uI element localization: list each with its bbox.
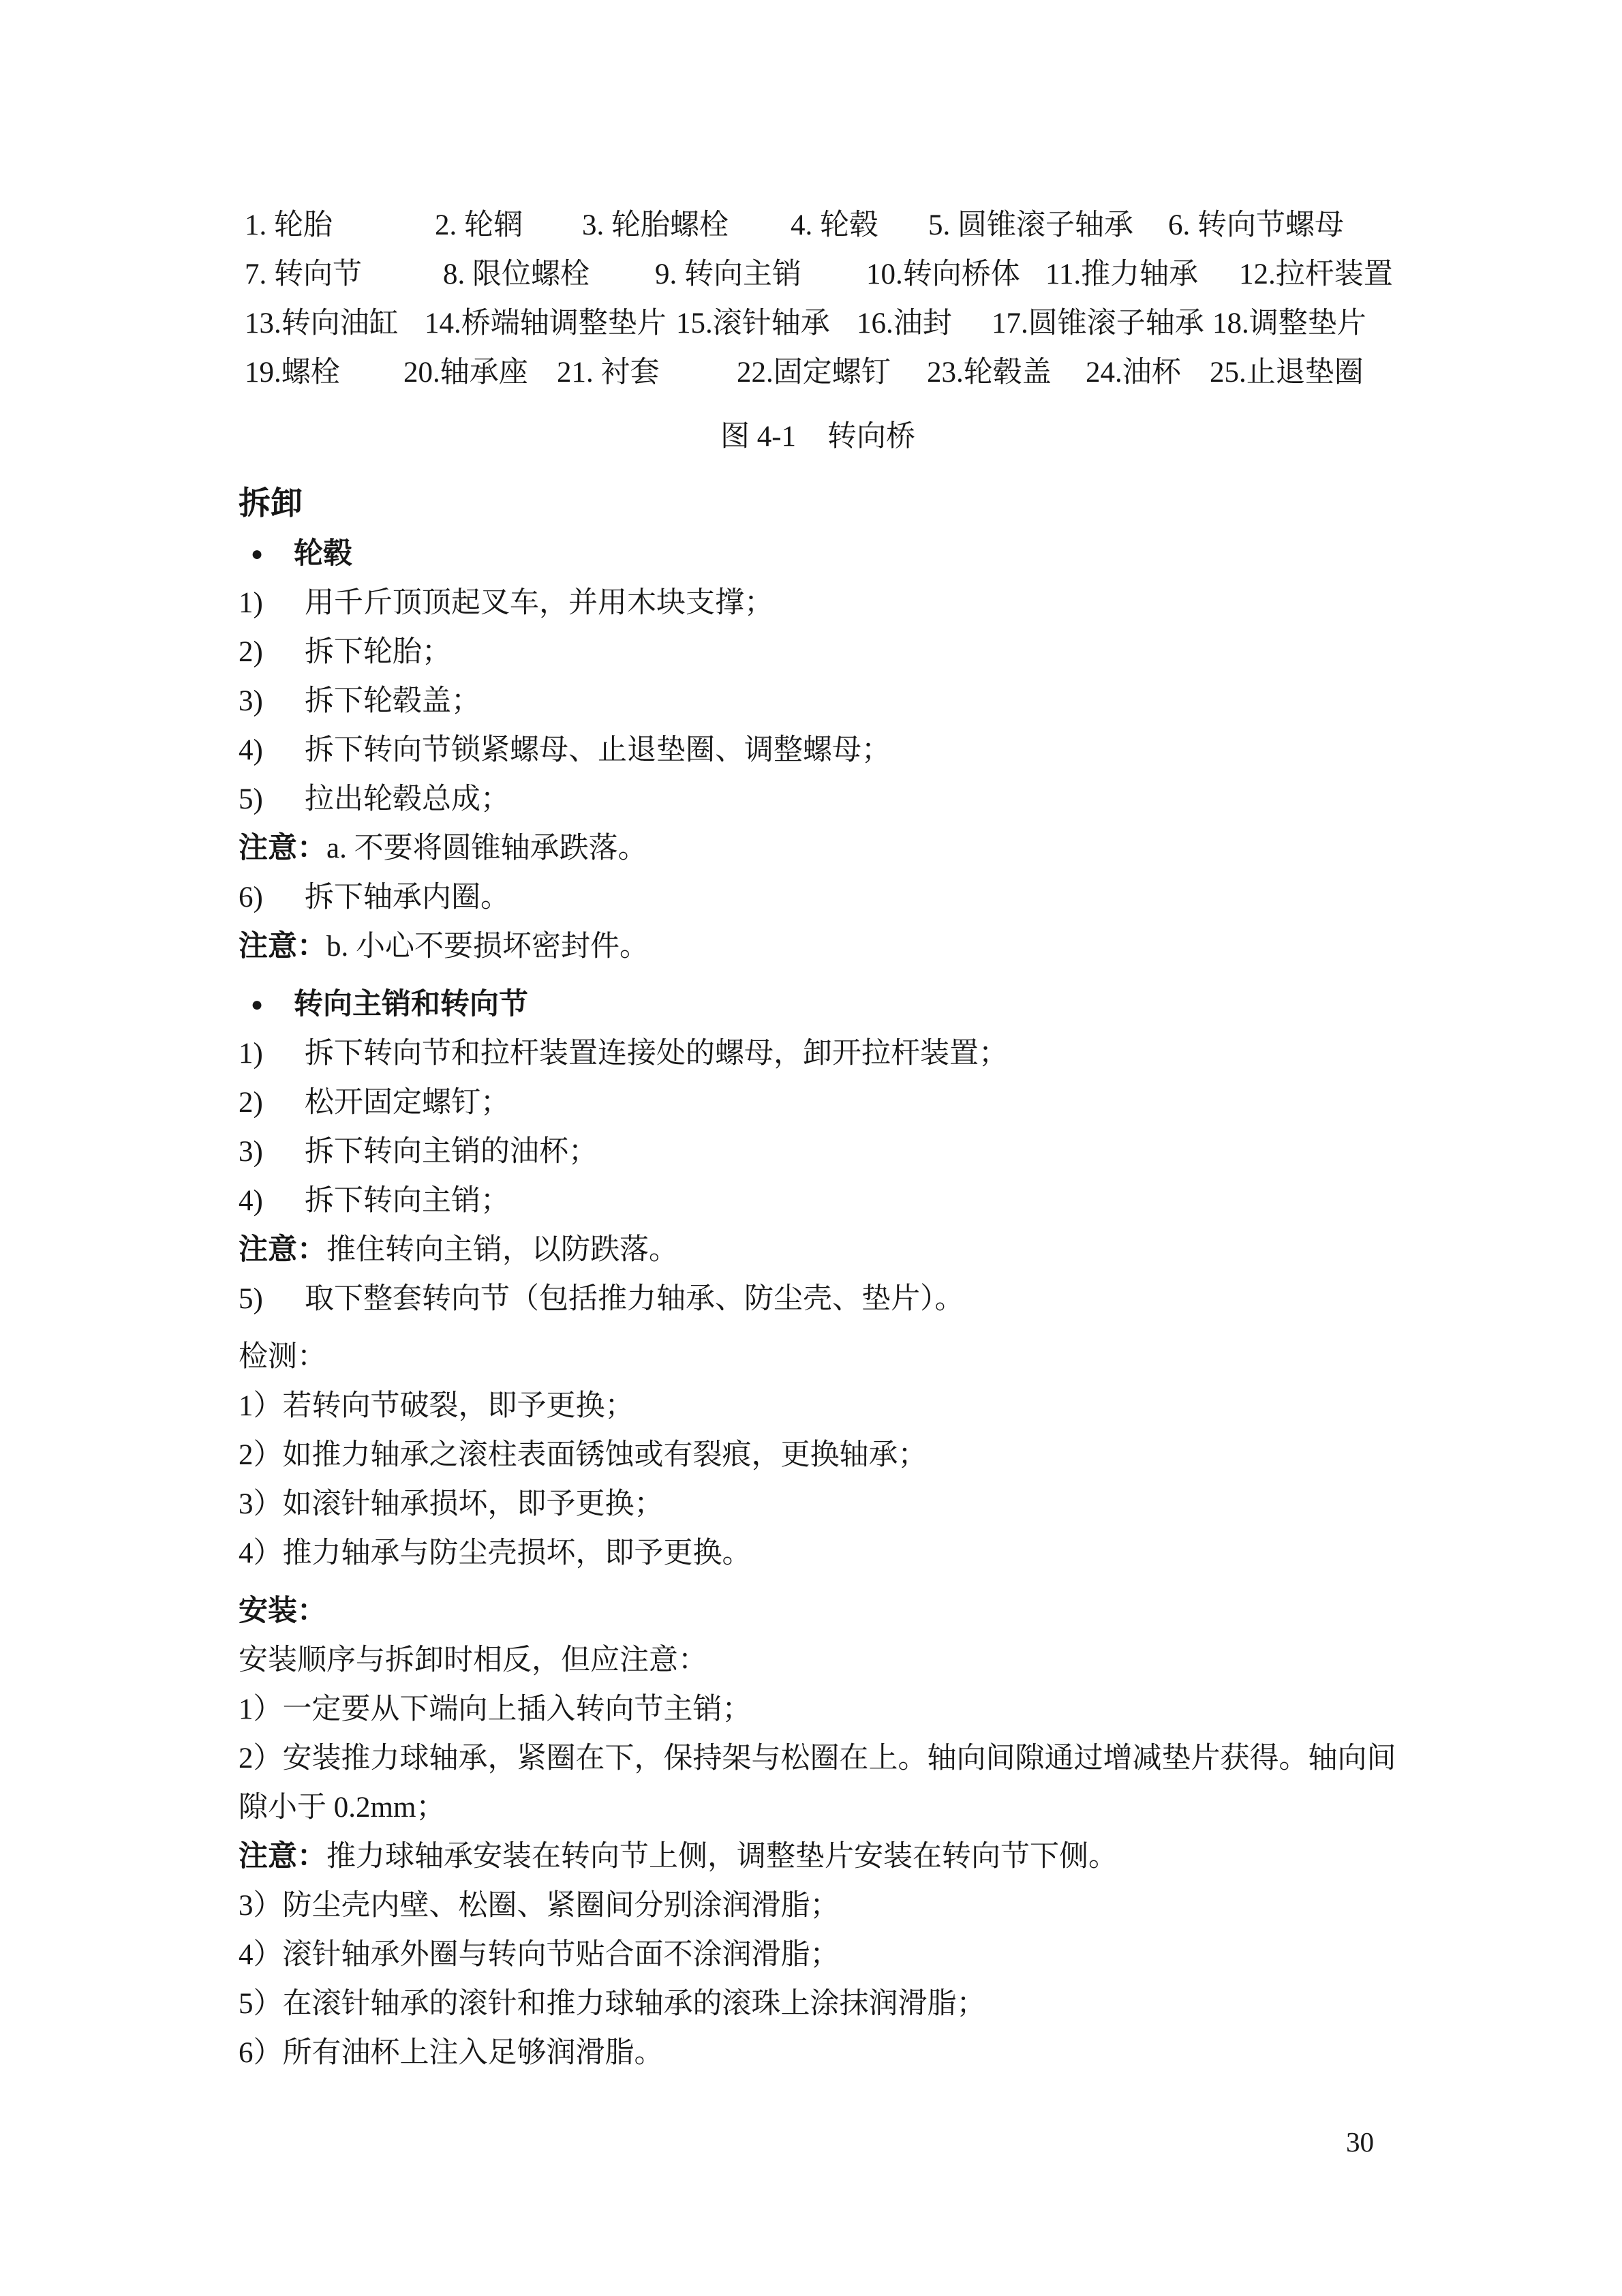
note-text: b. 小心不要损坏密封件。 xyxy=(326,931,649,963)
text-line: 1）一定要从下端向上插入转向节主销； xyxy=(239,1685,1397,1734)
parts-list-line: 7. 转向节8. 限位螺栓9. 转向主销10.转向桥体11.推力轴承12.拉杆装… xyxy=(239,250,1397,299)
parts-list-item: 18.调整垫片 xyxy=(1212,299,1366,348)
parts-list-item: 6. 转向节螺母 xyxy=(1168,201,1344,250)
step-number: 6) xyxy=(239,873,305,922)
parts-list-item: 5. 圆锥滚子轴承 xyxy=(928,201,1133,250)
document-page: 1. 轮胎2. 轮辋3. 轮胎螺栓4. 轮毂5. 圆锥滚子轴承6. 转向节螺母7… xyxy=(0,0,1622,2296)
step-text: 松开固定螺钉； xyxy=(305,1087,510,1119)
text-line: 4）滚针轴承外圈与转向节贴合面不涂润滑脂； xyxy=(239,1931,1397,1980)
parts-list-line: 19.螺栓20.轴承座21. 衬套22.固定螺钉23.轮毂盖24.油杯25.止退… xyxy=(239,348,1397,397)
numbered-step: 3)拆下转向主销的油杯； xyxy=(239,1128,1397,1177)
note-line: 注意：a. 不要将圆锥轴承跌落。 xyxy=(239,824,1397,873)
text-line: 1）若转向节破裂，即予更换； xyxy=(239,1382,1397,1431)
parts-list-item: 9. 转向主销 xyxy=(655,250,801,299)
parts-list-item: 2. 轮辋 xyxy=(435,201,523,250)
step-number: 1) xyxy=(239,1029,305,1078)
text-line: 5）在滚针轴承的滚针和推力球轴承的滚珠上涂抹润滑脂； xyxy=(239,1980,1397,2029)
parts-list-item: 25.止退垫圈 xyxy=(1210,348,1364,397)
step-text: 拆下轮胎； xyxy=(305,636,451,668)
step-text: 拆下转向主销的油杯； xyxy=(305,1136,598,1168)
section-heading-disassembly: 拆卸 xyxy=(239,478,1397,530)
bullet-icon: ● xyxy=(239,980,294,1029)
numbered-step: 1)拆下转向节和拉杆装置连接处的螺母，卸开拉杆装置； xyxy=(239,1029,1397,1078)
note-label: 注意： xyxy=(239,931,326,963)
step-text: 拆下转向节和拉杆装置连接处的螺母，卸开拉杆装置； xyxy=(305,1038,1008,1070)
parts-list-item: 16.油封 xyxy=(857,299,952,348)
parts-list-line: 13.转向油缸14.桥端轴调整垫片15.滚针轴承16.油封17.圆锥滚子轴承18… xyxy=(239,299,1397,348)
parts-list: 1. 轮胎2. 轮辋3. 轮胎螺栓4. 轮毂5. 圆锥滚子轴承6. 转向节螺母7… xyxy=(239,201,1397,397)
numbered-step: 2)拆下轮胎； xyxy=(239,628,1397,677)
note-line: 注意：b. 小心不要损坏密封件。 xyxy=(239,922,1397,971)
step-number: 5) xyxy=(239,775,305,824)
note-label: 注意： xyxy=(239,1841,326,1873)
parts-list-item: 20.轴承座 xyxy=(403,348,528,397)
text-line: 6）所有油杯上注入足够润滑脂。 xyxy=(239,2029,1397,2078)
figure-caption: 图 4-1转向桥 xyxy=(239,412,1397,462)
text-line: 检测： xyxy=(239,1333,1397,1382)
parts-list-item: 10.转向桥体 xyxy=(866,250,1020,299)
text-line: 4）推力轴承与防尘壳损坏，即予更换。 xyxy=(239,1529,1397,1578)
text-line: 3）防尘壳内壁、松圈、紧圈间分别涂润滑脂； xyxy=(239,1882,1397,1931)
step-number: 4) xyxy=(239,726,305,775)
step-text: 拉出轮毂总成； xyxy=(305,783,510,815)
numbered-step: 4)拆下转向主销； xyxy=(239,1177,1397,1226)
numbered-step: 6)拆下轴承内圈。 xyxy=(239,873,1397,922)
parts-list-line: 1. 轮胎2. 轮辋3. 轮胎螺栓4. 轮毂5. 圆锥滚子轴承6. 转向节螺母 xyxy=(239,201,1397,250)
bullet-heading: ●轮毂 xyxy=(239,530,1397,579)
parts-list-item: 1. 轮胎 xyxy=(245,201,333,250)
bullet-heading: ●转向主销和转向节 xyxy=(239,980,1397,1029)
step-number: 1) xyxy=(239,579,305,628)
note-text: 推力球轴承安装在转向节上侧，调整垫片安装在转向节下侧。 xyxy=(326,1841,1118,1873)
parts-list-item: 12.拉杆装置 xyxy=(1239,250,1393,299)
text-line: 3）如滚针轴承损坏，即予更换； xyxy=(239,1480,1397,1529)
text-line: 安装顺序与拆卸时相反，但应注意： xyxy=(239,1636,1397,1685)
numbered-step: 5)取下整套转向节（包括推力轴承、防尘壳、垫片）。 xyxy=(239,1275,1397,1324)
text-line: 2）如推力轴承之滚柱表面锈蚀或有裂痕，更换轴承； xyxy=(239,1431,1397,1480)
bullet-heading-label: 转向主销和转向节 xyxy=(294,988,528,1021)
bullet-heading-label: 轮毂 xyxy=(294,538,352,570)
step-text: 用千斤顶顶起叉车，并用木块支撑； xyxy=(305,587,774,619)
note-text: a. 不要将圆锥轴承跌落。 xyxy=(326,832,647,864)
page-content: 1. 轮胎2. 轮辋3. 轮胎螺栓4. 轮毂5. 圆锥滚子轴承6. 转向节螺母7… xyxy=(239,201,1397,2078)
numbered-step: 4)拆下转向节锁紧螺母、止退垫圈、调整螺母； xyxy=(239,726,1397,775)
parts-list-item: 22.固定螺钉 xyxy=(737,348,891,397)
parts-list-item: 4. 轮毂 xyxy=(791,201,878,250)
numbered-step: 2)松开固定螺钉； xyxy=(239,1078,1397,1128)
numbered-step: 5)拉出轮毂总成； xyxy=(239,775,1397,824)
note-line: 注意：推力球轴承安装在转向节上侧，调整垫片安装在转向节下侧。 xyxy=(239,1832,1397,1882)
note-label: 注意： xyxy=(239,1234,326,1266)
step-number: 2) xyxy=(239,628,305,677)
text-line: 2）安装推力球轴承，紧圈在下，保持架与松圈在上。轴向间隙通过增减垫片获得。轴向间… xyxy=(239,1734,1397,1832)
step-text: 拆下轮毂盖； xyxy=(305,685,480,717)
parts-list-item: 8. 限位螺栓 xyxy=(443,250,590,299)
parts-list-item: 3. 轮胎螺栓 xyxy=(582,201,729,250)
step-text: 拆下轴承内圈。 xyxy=(305,881,510,913)
note-line: 注意：推住转向主销，以防跌落。 xyxy=(239,1226,1397,1275)
parts-list-item: 24.油杯 xyxy=(1086,348,1181,397)
figure-caption-label: 图 4-1 xyxy=(720,421,796,453)
parts-list-item: 11.推力轴承 xyxy=(1045,250,1198,299)
parts-list-item: 17.圆锥滚子轴承 xyxy=(992,299,1204,348)
parts-list-item: 23.轮毂盖 xyxy=(927,348,1052,397)
step-number: 4) xyxy=(239,1177,305,1226)
parts-list-item: 19.螺栓 xyxy=(245,348,340,397)
parts-list-item: 15.滚针轴承 xyxy=(676,299,830,348)
parts-list-item: 21. 衬套 xyxy=(557,348,660,397)
step-number: 5) xyxy=(239,1275,305,1324)
parts-list-item: 14.桥端轴调整垫片 xyxy=(425,299,667,348)
step-text: 取下整套转向节（包括推力轴承、防尘壳、垫片）。 xyxy=(305,1283,964,1315)
step-number: 2) xyxy=(239,1078,305,1128)
note-text: 推住转向主销，以防跌落。 xyxy=(326,1234,678,1266)
numbered-step: 3)拆下轮毂盖； xyxy=(239,677,1397,726)
step-text: 拆下转向节锁紧螺母、止退垫圈、调整螺母； xyxy=(305,734,891,766)
parts-list-item: 13.转向油缸 xyxy=(245,299,399,348)
text-line: 安装： xyxy=(239,1587,1397,1636)
step-number: 3) xyxy=(239,1128,305,1177)
numbered-step: 1)用千斤顶顶起叉车，并用木块支撑； xyxy=(239,579,1397,628)
bullet-icon: ● xyxy=(239,530,294,579)
page-number: 30 xyxy=(1346,2126,1374,2158)
step-text: 拆下转向主销； xyxy=(305,1185,510,1217)
step-number: 3) xyxy=(239,677,305,726)
procedure-text: ●轮毂1)用千斤顶顶起叉车，并用木块支撑；2)拆下轮胎；3)拆下轮毂盖；4)拆下… xyxy=(239,530,1397,2078)
note-label: 注意： xyxy=(239,832,326,864)
parts-list-item: 7. 转向节 xyxy=(245,250,362,299)
figure-caption-title: 转向桥 xyxy=(827,421,915,453)
